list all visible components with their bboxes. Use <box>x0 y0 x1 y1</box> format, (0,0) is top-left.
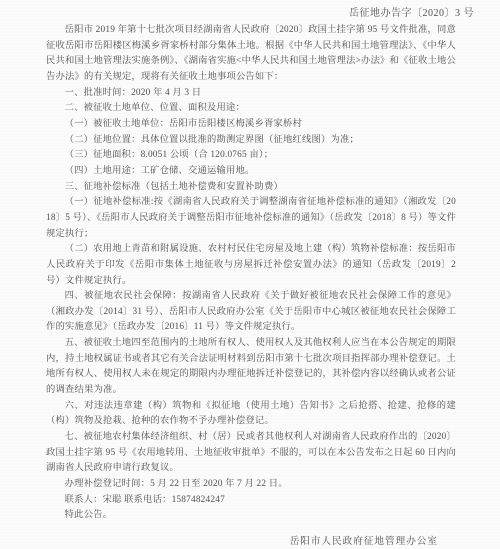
paragraph: 六、对违法违章建（构）筑物和《拟征地（使用土地）告知书》之后抢搭、抢建、抢修的建… <box>46 399 456 430</box>
paragraph: （二）征地位置：具体位置以批准的勘测定界图（征地红线图）为准； <box>46 133 456 149</box>
issuing-office-signature: 岳阳市人民政府征地管理办公室 <box>46 534 438 549</box>
paragraph: 特此公告。 <box>46 508 456 524</box>
paragraph: 二、被征收土地单位、位置、面积及用途： <box>46 101 456 117</box>
paragraph: （一）被征收土地单位：岳阳市岳阳楼区梅溪乡胥家桥村 <box>46 117 456 133</box>
paragraph: 三、征地补偿标准（包括土地补偿费和安置补助费） <box>46 180 456 196</box>
paragraphs: 岳阳市 2019 年第十七批次项目经湖南省人民政府〔2020〕政国土挂字第 95… <box>46 23 456 524</box>
paragraph: （一）征地补偿标准:按《湖南省人民政府关于调整湖南省征地补偿标准的通知》（湘政发… <box>46 195 456 242</box>
document-number: 岳征地办告字〔2020〕3 号 <box>46 6 474 21</box>
paragraph: 四、被征地农民社会保障：按湖南省人民政府《关于做好被征地农民社会保障工作的意见》… <box>46 289 456 336</box>
paragraph: 办理补偿登记时间：5 月 22 日至 2020 年 7 月 22 日。 <box>46 477 456 493</box>
paragraph: 岳阳市 2019 年第十七批次项目经湖南省人民政府〔2020〕政国土挂字第 95… <box>46 23 456 86</box>
paragraph: （二）农用地上青苗和附属设施、农村村民住宅房屋及地上建（构）筑物补偿标准：按岳阳… <box>46 242 456 289</box>
scanned-announcement-page: 岳征地办告字〔2020〕3 号 岳阳市 2019 年第十七批次项目经湖南省人民政… <box>0 0 500 549</box>
paragraph: 一、批准时间：2020 年 4 月 3 日 <box>46 86 456 102</box>
paragraph: 联系人：宋聪 联系电话：15874824247 <box>46 493 456 509</box>
paragraph: （四）土地用途：工矿仓储、交通运输用地。 <box>46 164 456 180</box>
document-body: 岳征地办告字〔2020〕3 号 岳阳市 2019 年第十七批次项目经湖南省人民政… <box>46 6 474 549</box>
paragraph: （三）征地面积：8.0051 公顷（合 120.0765 亩）； <box>46 148 456 164</box>
paragraph: 五、被征收土地四至范围内的土地所有权人、使用权人及其他权利人应当在本公告规定的期… <box>46 336 456 399</box>
paragraph: 七、被征地农村集体经济组织、村（居）民或者其他权利人对湖南省人民政府作出的〔20… <box>46 430 456 477</box>
